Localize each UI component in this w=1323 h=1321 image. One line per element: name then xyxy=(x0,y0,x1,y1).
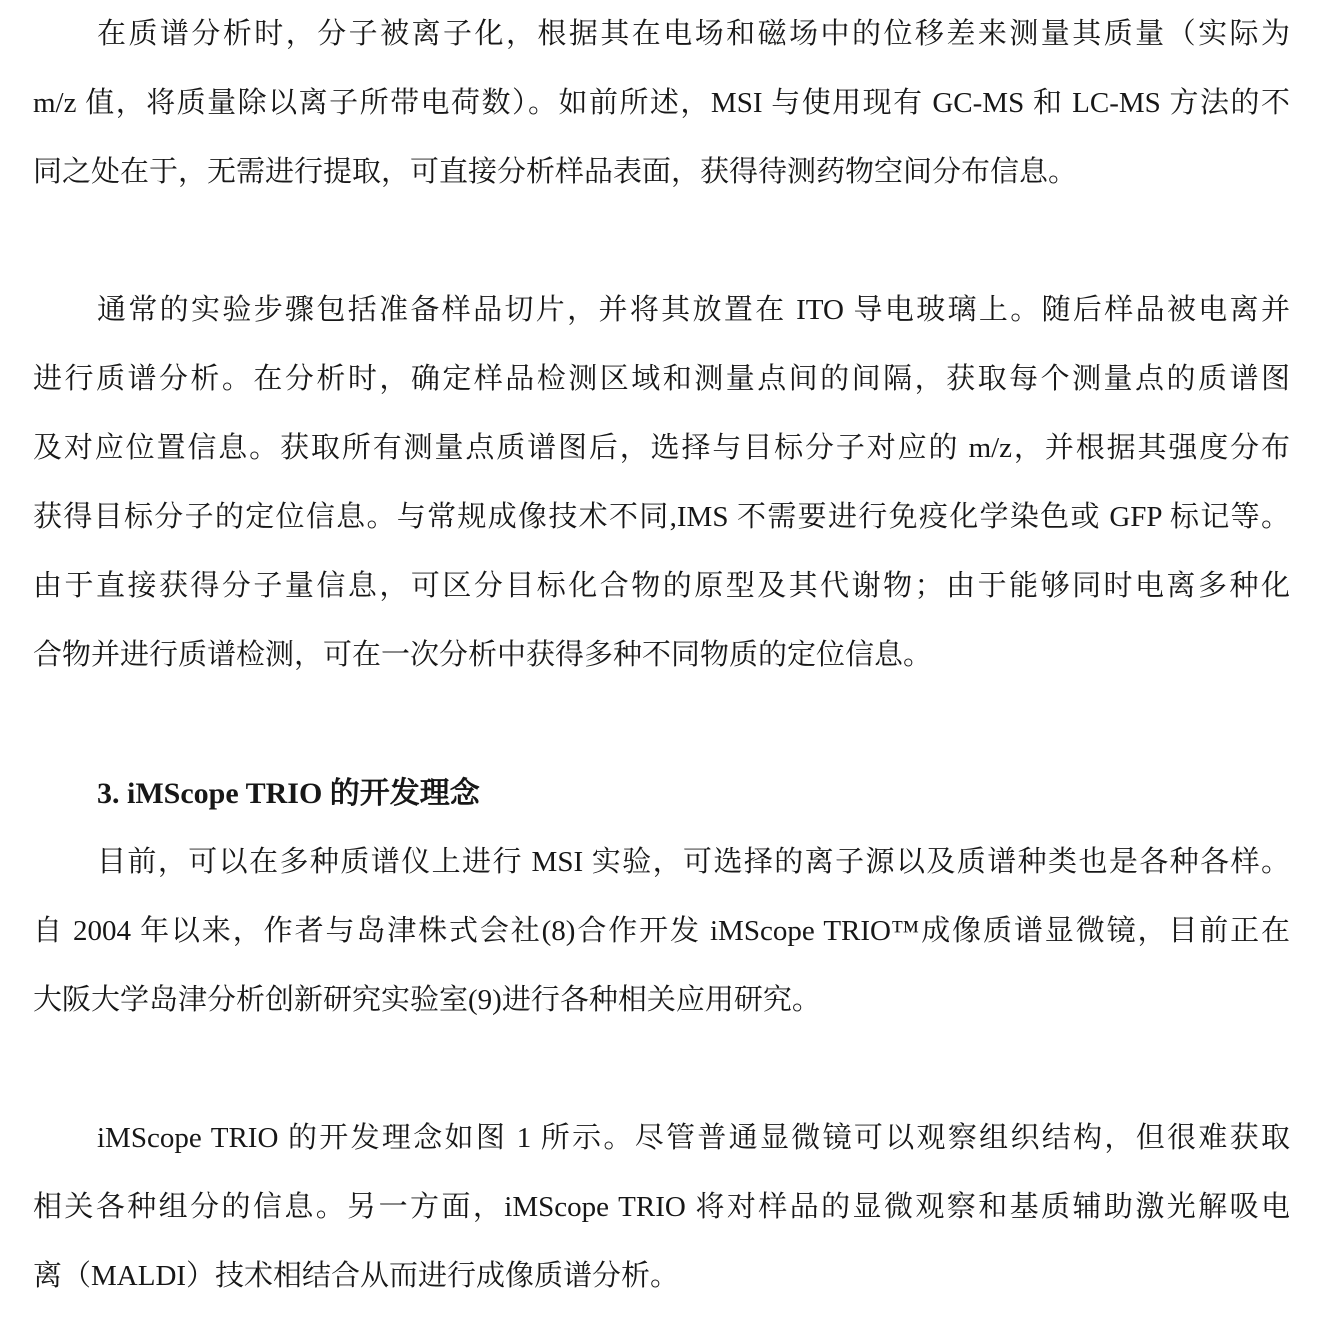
text-line: 通常的实验步骤包括准备样品切片，并将其放置在 ITO 导电玻璃上。随后样品被电离… xyxy=(33,276,1290,345)
paragraph-mass-spec-intro: 在质谱分析时，分子被离子化，根据其在电场和磁场中的位移差来测量其质量（实际为 m… xyxy=(33,0,1290,207)
section-heading-text: 3. iMScope TRIO 的开发理念 xyxy=(33,759,1290,828)
text-line: 在质谱分析时，分子被离子化，根据其在电场和磁场中的位移差来测量其质量（实际为 xyxy=(33,0,1290,69)
text-line: iMScope TRIO 的开发理念如图 1 所示。尽管普通显微镜可以观察组织结… xyxy=(33,1104,1290,1173)
text-line: 进行质谱分析。在分析时，确定样品检测区域和测量点间的间隔，获取每个测量点的质谱图 xyxy=(33,345,1290,414)
text-line: 及对应位置信息。获取所有测量点质谱图后，选择与目标分子对应的 m/z，并根据其强… xyxy=(33,414,1290,483)
paragraph-experiment-steps: 通常的实验步骤包括准备样品切片，并将其放置在 ITO 导电玻璃上。随后样品被电离… xyxy=(33,276,1290,690)
text-line: 自 2004 年以来，作者与岛津株式会社(8)合作开发 iMScope TRIO… xyxy=(33,897,1290,966)
text-line: 目前，可以在多种质谱仪上进行 MSI 实验，可选择的离子源以及质谱种类也是各种各… xyxy=(33,828,1290,897)
text-line: 获得目标分子的定位信息。与常规成像技术不同,IMS 不需要进行免疫化学染色或 G… xyxy=(33,483,1290,552)
section-heading-development-concept: 3. iMScope TRIO 的开发理念 xyxy=(33,759,1290,828)
paragraph-msi-platforms: 目前，可以在多种质谱仪上进行 MSI 实验，可选择的离子源以及质谱种类也是各种各… xyxy=(33,828,1290,1035)
text-line: 合物并进行质谱检测，可在一次分析中获得多种不同物质的定位信息。 xyxy=(33,621,1290,690)
document-page: 在质谱分析时，分子被离子化，根据其在电场和磁场中的位移差来测量其质量（实际为 m… xyxy=(0,0,1323,1321)
text-line: 大阪大学岛津分析创新研究实验室(9)进行各种相关应用研究。 xyxy=(33,966,1290,1035)
text-line: 相关各种组分的信息。另一方面，iMScope TRIO 将对样品的显微观察和基质… xyxy=(33,1173,1290,1242)
text-line: 离（MALDI）技术相结合从而进行成像质谱分析。 xyxy=(33,1242,1290,1311)
text-line: m/z 值，将质量除以离子所带电荷数）。如前所述，MSI 与使用现有 GC-MS… xyxy=(33,69,1290,138)
paragraph-imscope-concept: iMScope TRIO 的开发理念如图 1 所示。尽管普通显微镜可以观察组织结… xyxy=(33,1104,1290,1311)
text-line: 同之处在于，无需进行提取，可直接分析样品表面，获得待测药物空间分布信息。 xyxy=(33,138,1290,207)
text-line: 由于直接获得分子量信息，可区分目标化合物的原型及其代谢物；由于能够同时电离多种化 xyxy=(33,552,1290,621)
